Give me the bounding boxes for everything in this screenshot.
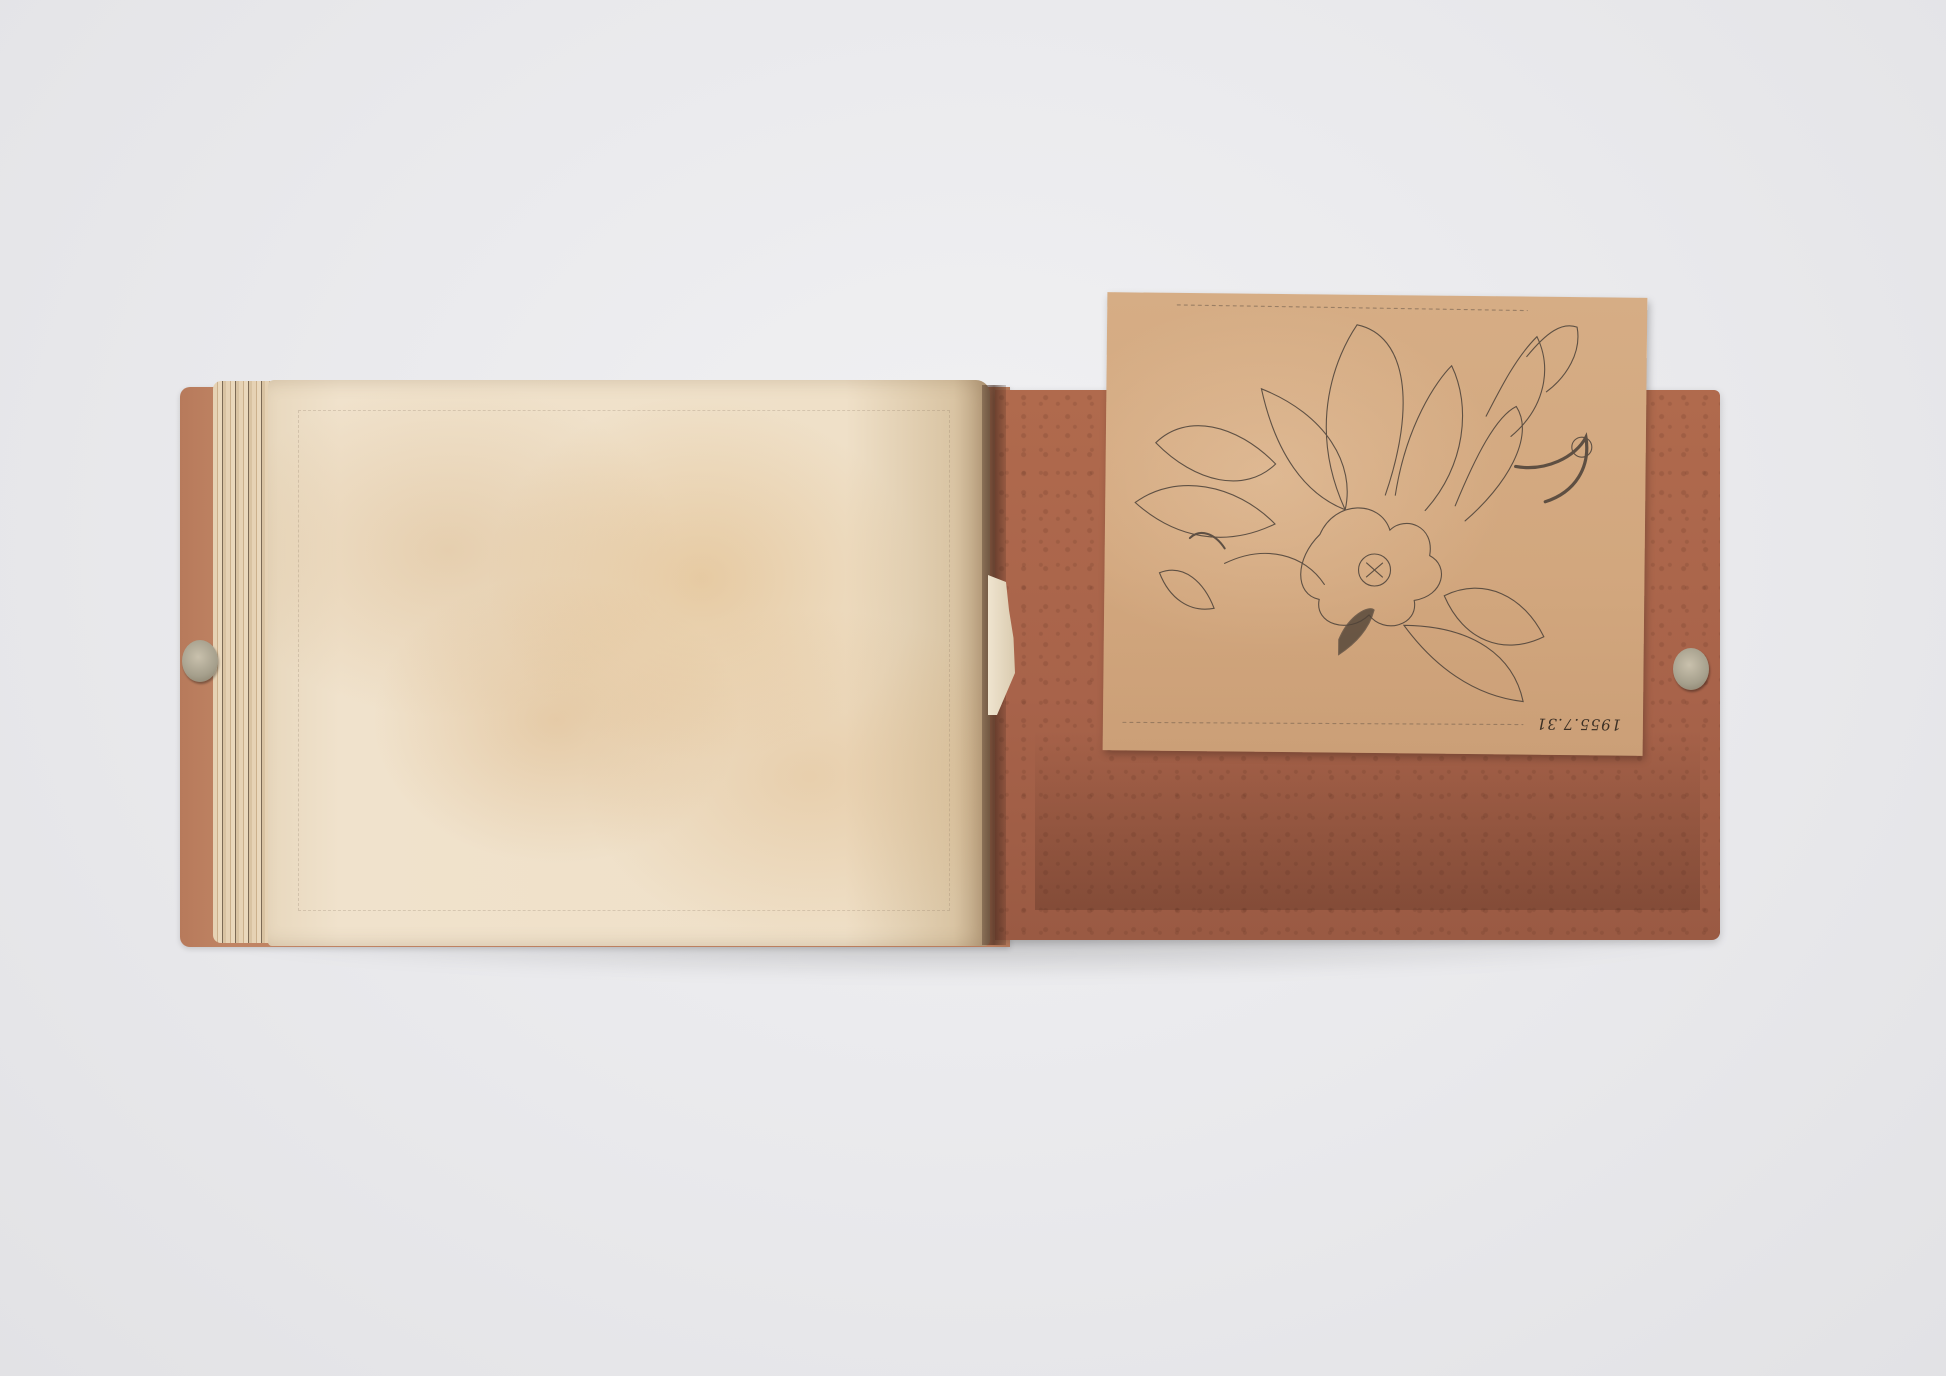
right-clasp-icon	[1673, 648, 1709, 690]
left-page-blank	[268, 380, 990, 946]
left-clasp-icon	[182, 640, 218, 682]
faint-page-border	[298, 410, 950, 911]
cover-grime	[1035, 730, 1700, 910]
photo-scene: 1955.7.31	[0, 0, 1946, 1376]
flower-sketch-drawing	[1103, 292, 1648, 756]
sketch-card: 1955.7.31	[1103, 292, 1648, 756]
handwritten-date: 1955.7.31	[1535, 715, 1621, 734]
